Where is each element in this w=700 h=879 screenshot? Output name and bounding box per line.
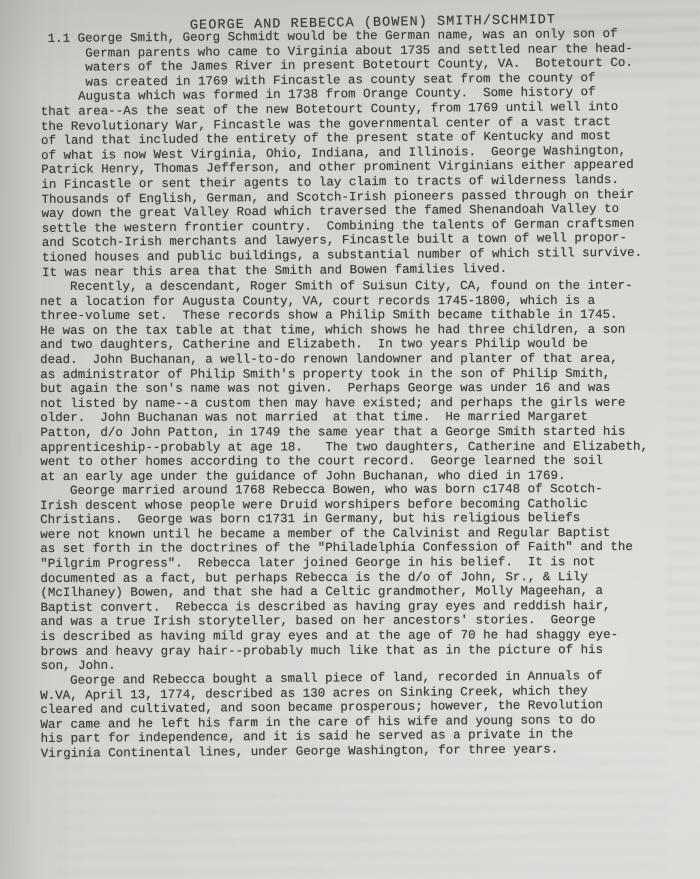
paragraph-4: George and Rebecca bought a small piece … [40,668,687,761]
paragraph-1: 1.1 George Smith, Georg Schmidt would be… [40,26,688,280]
paragraph-2: Recently, a descendant, Roger Smith of S… [40,278,686,484]
paragraph-3: George married around 1768 Rebecca Bowen… [40,482,687,674]
scanned-page: GEORGE AND REBECCA (BOWEN) SMITH/SCHMIDT… [0,0,700,879]
document-content: GEORGE AND REBECCA (BOWEN) SMITH/SCHMIDT… [40,12,686,761]
